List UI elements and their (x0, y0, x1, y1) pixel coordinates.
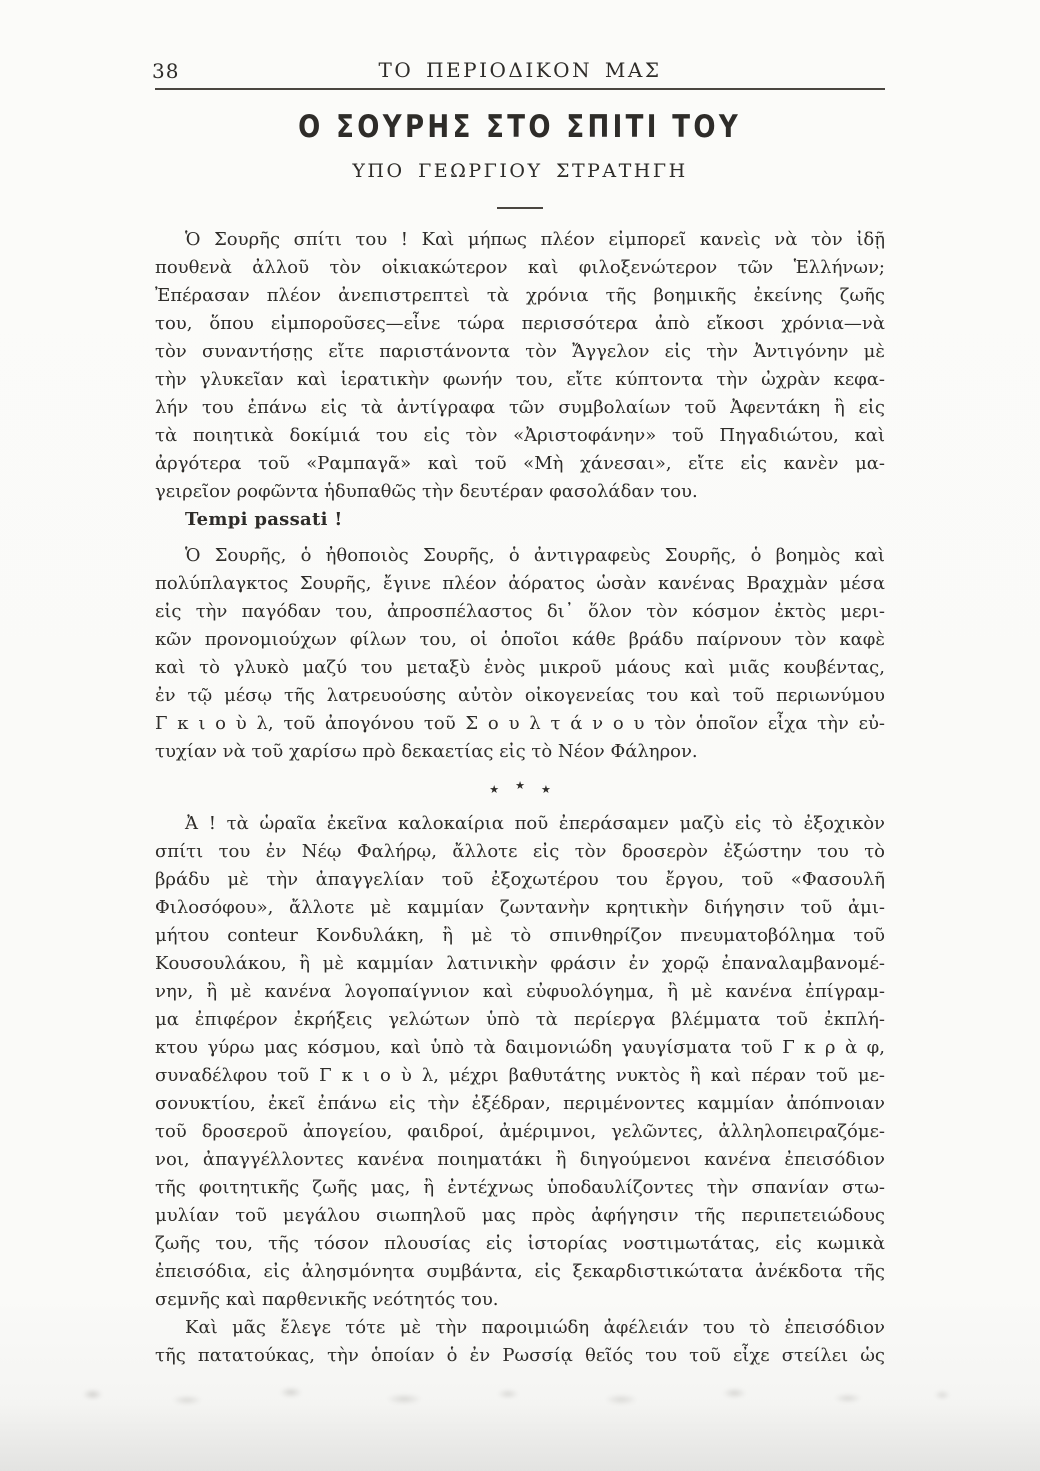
text-line: γειρεῖον ροφῶντα ἡδυπαθῶς τὴν δευτέραν φ… (155, 478, 885, 506)
text-line: ἀργότερα τοῦ «Ραμπαγᾶ» καὶ τοῦ «Μὴ χάνεσ… (155, 450, 885, 478)
text-line: τὴν γλυκεῖαν καὶ ἱερατικὴν φωνήν του, εἴ… (155, 366, 885, 394)
text-line: νοι, ἀπαγγέλλοντες κανένα ποιηματάκι ἢ δ… (155, 1146, 885, 1174)
text-line: Ἀ ! τὰ ὡραῖα ἐκεῖνα καλοκαίρια ποῦ ἐπερά… (155, 810, 885, 838)
paragraph: Tempi passati ! (155, 506, 885, 534)
text-line: κτου γύρω μας κόσμου, καὶ ὑπὸ τὰ δαιμονι… (155, 1034, 885, 1062)
text-line: βράδυ μὲ τὴν ἀπαγγελίαν τοῦ ἐξοχωτέρου τ… (155, 866, 885, 894)
text-line: τοῦ δροσεροῦ ἀπογείου, φαιδροί, ἀμέριμνο… (155, 1118, 885, 1146)
text-line: σεμνῆς καὶ παρθενικῆς νεότητός του. (155, 1286, 885, 1314)
text-line: Καὶ μᾶς ἔλεγε τότε μὲ τὴν παροιμιώδη ἀφέ… (155, 1314, 885, 1342)
paragraph: Ἀ ! τὰ ὡραῖα ἐκεῖνα καλοκαίρια ποῦ ἐπερά… (155, 810, 885, 1314)
text-line: Tempi passati ! (155, 506, 885, 534)
scanned-page: 38 ΤΟ ΠΕΡΙΟΔΙΚΟΝ ΜΑΣ Ο ΣΟΥΡΗΣ ΣΤΟ ΣΠΙΤΙ … (0, 0, 1040, 1471)
text-line: ζωῆς του, τῆς τόσον πλουσίας εἰς ἱστορία… (155, 1230, 885, 1258)
text-line: τῆς φοιτητικῆς ζωῆς μας, ἢ ἐντέχνως ὑποδ… (155, 1174, 885, 1202)
text-line: συναδέλφου τοῦ Γ κ ι ο ὺ λ, μέχρι βαθυτά… (155, 1062, 885, 1090)
star-icon: ★ (489, 781, 499, 799)
text-line: μα ἐπιφέρον ἐκρήξεις γελώτων ὑπὸ τὰ περί… (155, 1006, 885, 1034)
section-divider-stars: ★★★ (155, 779, 885, 797)
text-line: πολύπλαγκτος Σουρῆς, ἔγινε πλέον ἀόρατος… (155, 570, 885, 598)
text-line: σονυκτίου, ἐκεῖ ἐπάνω εἰς τὴν ἐξέδραν, π… (155, 1090, 885, 1118)
text-line: κῶν προνομιούχων φίλων του, οἱ ὁποῖοι κά… (155, 626, 885, 654)
text-line: τὰ ποιητικὰ δοκίμιά του εἰς τὸν «Ἀριστοφ… (155, 422, 885, 450)
text-line: νην, ἢ μὲ κανένα λογοπαίγνιον καὶ εὐφυολ… (155, 978, 885, 1006)
text-line: τῆς πατατούκας, τὴν ὁποίαν ὁ ἐν Ρωσσίᾳ θ… (155, 1342, 885, 1370)
article-byline: ΥΠΟ ΓΕΩΡΓΙΟΥ ΣΤΡΑΤΗΓΗ (155, 160, 885, 182)
text-line: πουθενὰ ἀλλοῦ τὸν οἰκιακώτερον καὶ φιλοξ… (155, 254, 885, 282)
page-bottom-shadow (0, 1401, 1040, 1471)
star-icon: ★ (515, 777, 525, 795)
text-line: μυλίαν τοῦ μεγάλου σιωπηλοῦ μας πρὸς ἀφή… (155, 1202, 885, 1230)
text-line: Γ κ ι ο ὺ λ, τοῦ ἀπογόνου τοῦ Σ ο υ λ τ … (155, 710, 885, 738)
text-line: Φιλοσόφου», ἄλλοτε μὲ καμμίαν ζωντανὴν κ… (155, 894, 885, 922)
article-title-text: Ο ΣΟΥΡΗΣ ΣΤΟ ΣΠΙΤΙ ΤΟΥ (299, 109, 742, 145)
text-line: ἐν τῷ μέσῳ τῆς λατρευούσης αὐτὸν οἰκογεν… (155, 682, 885, 710)
header-rule (155, 88, 885, 90)
text-line: καὶ τὸ γλυκὸ μαζύ του μεταξὺ ἑνὸς μικροῦ… (155, 654, 885, 682)
star-icon: ★ (541, 781, 551, 799)
text-line: Ὁ Σουρῆς, ὁ ἠθοποιὸς Σουρῆς, ὁ ἀντιγραφε… (155, 542, 885, 570)
text-line: εἰς τὴν παγόδαν του, ἀπροσπέλαστος δι᾽ ὅ… (155, 598, 885, 626)
text-line: ἐπεισόδια, εἰς ἀλησμόνητα συμβάντα, εἰς … (155, 1258, 885, 1286)
paragraph: Καὶ μᾶς ἔλεγε τότε μὲ τὴν παροιμιώδη ἀφέ… (155, 1314, 885, 1370)
text-line: Κουσουλάκου, ἢ μὲ καμμίαν λατινικὴν φράσ… (155, 950, 885, 978)
paragraph: Ὁ Σουρῆς, ὁ ἠθοποιὸς Σουρῆς, ὁ ἀντιγραφε… (155, 542, 885, 766)
body-text: Ὁ Σουρῆς σπίτι του ! Καὶ μήπως πλέον εἰμ… (155, 226, 885, 1370)
text-line: σπίτι του ἐν Νέῳ Φαλήρῳ, ἄλλοτε εἰς τὸν … (155, 838, 885, 866)
text-line: μήτου conteur Κονδυλάκη, ἢ μὲ τὸ σπινθηρ… (155, 922, 885, 950)
paragraph: Ὁ Σουρῆς σπίτι του ! Καὶ μήπως πλέον εἰμ… (155, 226, 885, 506)
text-line: λήν του ἐπάνω εἰς τὰ ἀντίγραφα τῶν συμβο… (155, 394, 885, 422)
text-line: του, ὅπου εἰμποροῦσες—εἶνε τώρα περισσότ… (155, 310, 885, 338)
text-line: τυχίαν νὰ τοῦ χαρίσω πρὸ δεκαετίας εἰς τ… (155, 738, 885, 766)
title-divider-rule (497, 207, 543, 209)
running-head: ΤΟ ΠΕΡΙΟΔΙΚΟΝ ΜΑΣ (155, 58, 885, 82)
article-title: Ο ΣΟΥΡΗΣ ΣΤΟ ΣΠΙΤΙ ΤΟΥ (155, 109, 885, 145)
text-line: Ὁ Σουρῆς σπίτι του ! Καὶ μήπως πλέον εἰμ… (155, 226, 885, 254)
text-line: Ἐπέρασαν πλέον ἀνεπιστρεπτεὶ τὰ χρόνια τ… (155, 282, 885, 310)
text-line: τὸν συναντήσῃς εἴτε παριστάνοντα τὸν Ἄγγ… (155, 338, 885, 366)
